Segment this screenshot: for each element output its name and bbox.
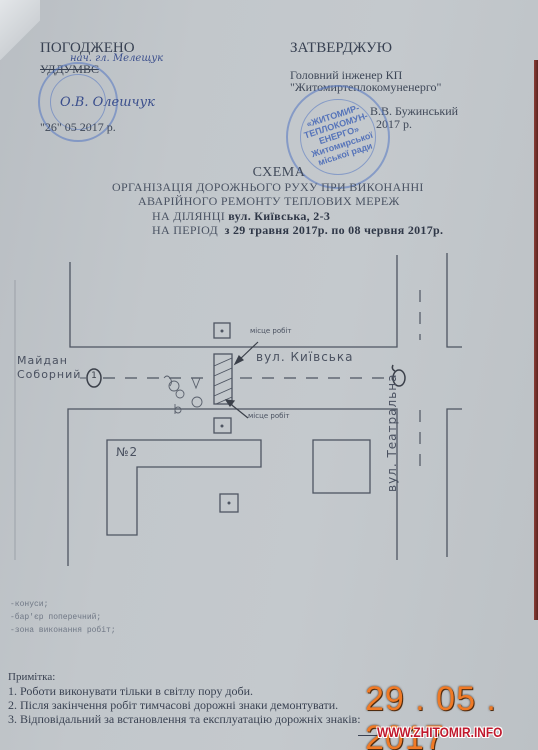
legend-item-work-zone: -зона виконання робіт; <box>10 624 116 637</box>
schema-line-2: АВАРІЙНОГО РЕМОНТУ ТЕПЛОВИХ МЕРЕЖ <box>138 194 400 209</box>
label-kyivska-street: вул. Київська <box>256 350 353 364</box>
label-work-place-top: місце робіт <box>250 327 291 335</box>
period-value: з 29 травня 2017р. по 08 червня 2017р. <box>225 223 444 237</box>
label-teatralna-street: вул. Театральна <box>385 374 399 492</box>
paper-fold <box>0 0 40 60</box>
signature-left: О.В. Олешчук <box>60 95 155 110</box>
period-label: НА ПЕРІОД <box>152 223 218 237</box>
notes-section: Примітка: 1. Роботи виконувати тільки в … <box>8 670 361 726</box>
label-work-place-bottom: місце робіт <box>248 412 289 420</box>
schema-site: НА ДІЛЯНЦІ вул. Київська, 2-3 <box>152 209 330 224</box>
notes-title: Примітка: <box>8 670 361 684</box>
schema-line-1: ОРГАНІЗАЦІЯ ДОРОЖНЬОГО РУХУ ПРИ ВИКОНАНН… <box>112 180 424 195</box>
schema-title: СХЕМА <box>20 165 538 181</box>
site-value: вул. Київська, 2-3 <box>228 209 330 223</box>
schema-period: НА ПЕРІОД з 29 травня 2017р. по 08 червн… <box>152 223 443 238</box>
approval-left-date: "26" 05 2017 р. <box>40 120 116 135</box>
note-item-3: 3. Відповідальний за встановлення та екс… <box>8 712 361 726</box>
label-maidan-soborny: Майдан Соборний <box>17 354 87 382</box>
note-item-1: 1. Роботи виконувати тільки в світлу пор… <box>8 684 361 698</box>
approval-right-heading: ЗАТВЕРДЖУЮ <box>290 40 392 57</box>
legend-item-barrier: -бар'єр поперечний; <box>10 611 116 624</box>
note-item-2: 2. Після закінчення робіт тимчасові доро… <box>8 698 361 712</box>
sign-left-number: 1 <box>90 371 98 381</box>
site-label: НА ДІЛЯНЦІ <box>152 209 225 223</box>
site-watermark: WWW.ZHITOMIR.INFO <box>377 724 502 740</box>
legend: -конуси; -бар'єр поперечний; -зона викон… <box>10 598 116 637</box>
label-building-2: №2 <box>116 445 138 459</box>
legend-item-cones: -конуси; <box>10 598 116 611</box>
traffic-scheme-diagram <box>0 240 538 580</box>
